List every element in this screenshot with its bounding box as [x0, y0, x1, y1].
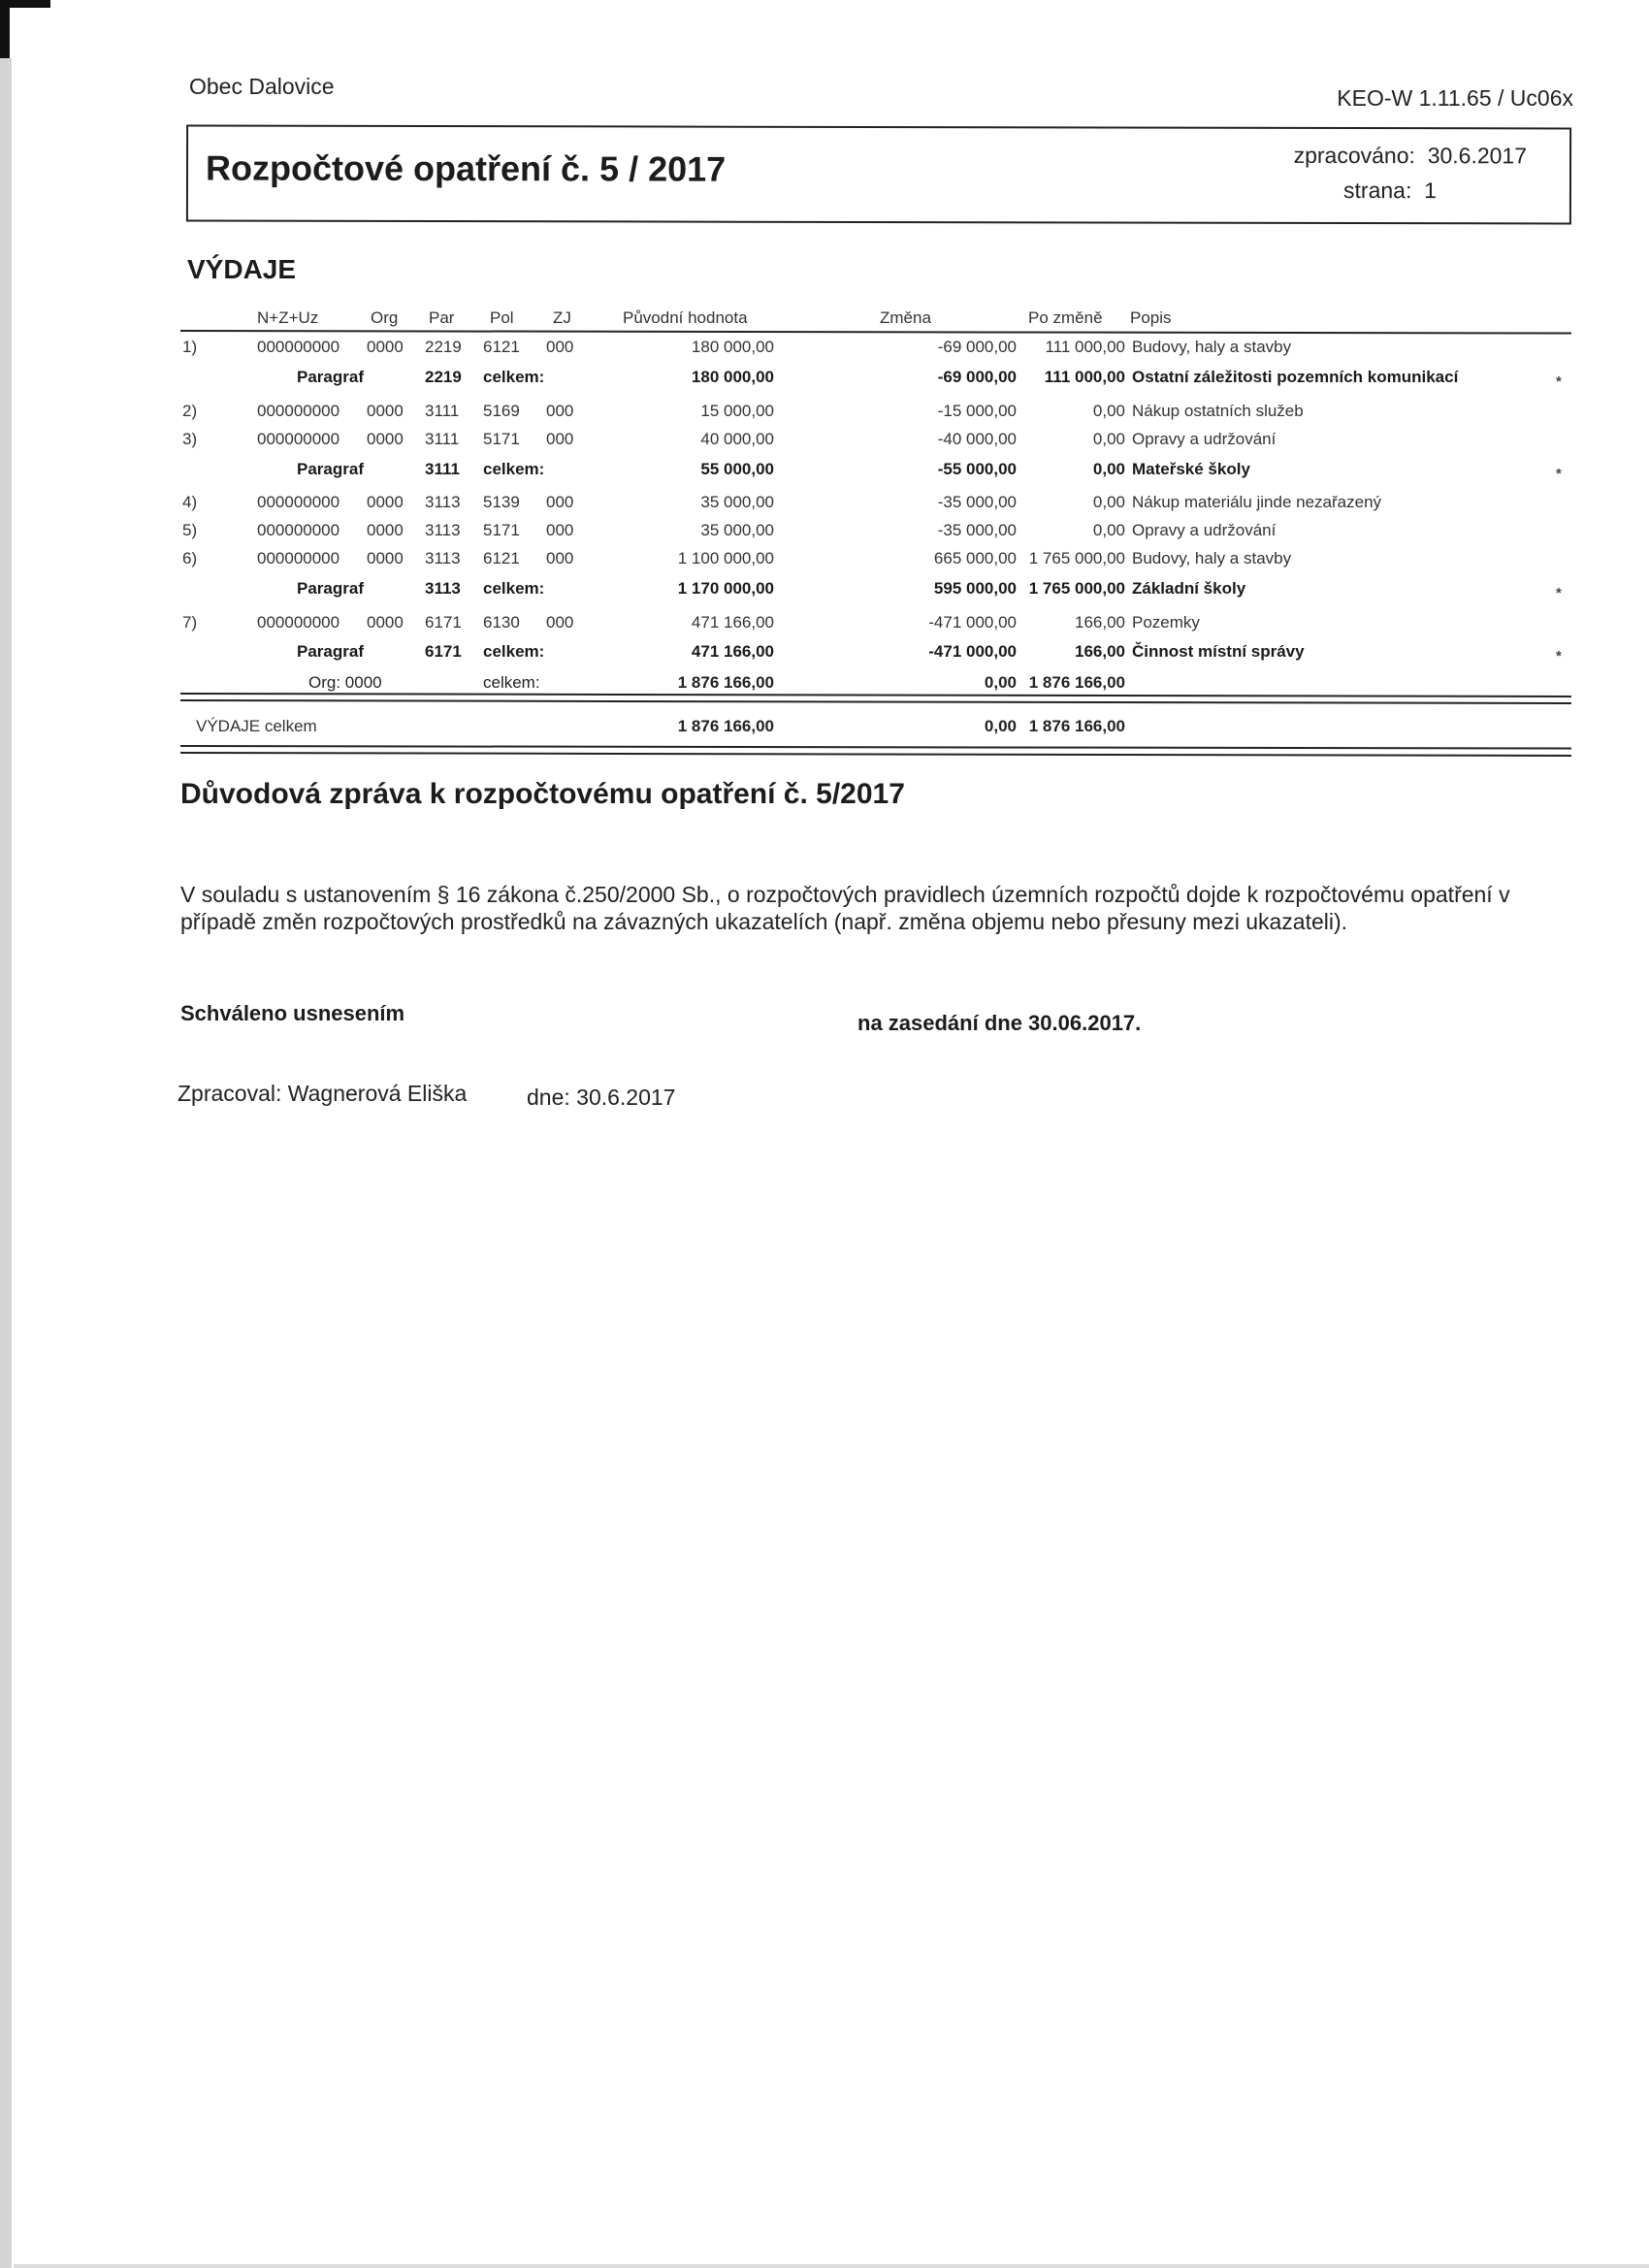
org-value: 0000: [367, 402, 404, 421]
nzuz-value: 000000000: [257, 402, 339, 421]
after-value: 0,00: [1018, 493, 1125, 512]
nzuz-value: 000000000: [257, 613, 339, 632]
subtotal-label: Paragraf: [272, 368, 364, 387]
org-value: 0000: [367, 521, 404, 540]
row-number: 7): [182, 613, 197, 632]
subtotal-celkem: celkem:: [483, 579, 544, 599]
org-total-celkem: celkem:: [483, 673, 540, 693]
table-row: 3)00000000000003111517100040 000,00-40 0…: [175, 430, 1571, 453]
scan-edge-strip: [0, 58, 12, 2268]
scan-edge-mark: [0, 0, 10, 58]
original-value: 15 000,00: [630, 402, 774, 421]
after-value: 0,00: [1018, 430, 1125, 449]
subtotal-celkem: celkem:: [483, 460, 544, 479]
after-value: 0,00: [1018, 460, 1125, 479]
nzuz-value: 000000000: [257, 521, 339, 540]
subtotal-celkem: celkem:: [483, 642, 544, 662]
after-value: 0,00: [1018, 521, 1125, 540]
after-value: 111 000,00: [1018, 338, 1125, 357]
row-number: 3): [182, 430, 197, 449]
pol-value: 6121: [483, 338, 520, 357]
row-number: 4): [182, 493, 197, 512]
row-number: 2): [182, 402, 197, 421]
change-value: 665 000,00: [873, 549, 1017, 568]
description: Nákup materiálu jinde nezařazený: [1132, 493, 1381, 512]
after-value: 1 876 166,00: [1018, 673, 1125, 693]
processed-by: Zpracoval: Wagnerová Eliška: [178, 1081, 467, 1107]
original-value: 1 876 166,00: [630, 717, 774, 736]
column-header-par: Par: [429, 308, 454, 328]
column-header-nzuz: N+Z+Uz: [257, 308, 318, 328]
subtotal-par: 2219: [425, 368, 462, 387]
original-value: 40 000,00: [630, 430, 774, 449]
original-value: 471 166,00: [630, 642, 774, 662]
original-value: 35 000,00: [630, 521, 774, 540]
par-value: 3113: [425, 549, 461, 568]
subtotal-row: Paragraf3113celkem:1 170 000,00595 000,0…: [175, 579, 1571, 602]
document-header-box: Rozpočtové opatření č. 5 / 2017 zpracová…: [186, 125, 1571, 225]
change-value: -15 000,00: [873, 402, 1017, 421]
change-value: -471 000,00: [873, 642, 1017, 662]
zj-value: 000: [546, 521, 573, 540]
subtotal-par: 3113: [425, 579, 461, 599]
original-value: 1 100 000,00: [630, 549, 774, 568]
change-value: 0,00: [873, 717, 1017, 736]
section-title: VÝDAJE: [187, 254, 296, 285]
pol-value: 5171: [483, 521, 520, 540]
description: Budovy, haly a stavby: [1132, 549, 1291, 568]
org-value: 0000: [367, 430, 404, 449]
table-row: 6)0000000000000311361210001 100 000,0066…: [175, 549, 1571, 572]
par-value: 3111: [425, 430, 459, 449]
change-value: -69 000,00: [873, 338, 1017, 357]
subtotal-par: 3111: [425, 460, 460, 479]
zj-value: 000: [546, 613, 573, 632]
approval-label: Schváleno usnesením: [180, 1001, 404, 1026]
description: Činnost místní správy: [1132, 642, 1305, 662]
total-rule: [180, 745, 1571, 750]
zj-value: 000: [546, 493, 573, 512]
pol-value: 6121: [483, 549, 520, 568]
original-value: 1 170 000,00: [630, 579, 774, 599]
par-value: 3111: [425, 402, 459, 421]
org-value: 0000: [367, 338, 404, 357]
binding-indicator-star: *: [1556, 466, 1562, 482]
after-value: 166,00: [1018, 613, 1125, 632]
subtotal-celkem: celkem:: [483, 368, 544, 387]
reason-title: Důvodová zpráva k rozpočtovému opatření …: [180, 778, 905, 811]
subtotal-label: Paragraf: [272, 642, 364, 662]
nzuz-value: 000000000: [257, 493, 339, 512]
change-value: 0,00: [873, 673, 1017, 693]
footer-date: dne: 30.6.2017: [527, 1085, 675, 1111]
change-value: -40 000,00: [873, 430, 1017, 449]
description: Nákup ostatních služeb: [1132, 402, 1304, 421]
organization-name: Obec Dalovice: [189, 74, 335, 100]
after-value: 166,00: [1018, 642, 1125, 662]
reason-text: V souladu s ustanovením § 16 zákona č.25…: [180, 881, 1538, 935]
page-number: strana: 1: [1343, 178, 1437, 204]
subtotal-row: Paragraf2219celkem:180 000,00-69 000,001…: [175, 368, 1571, 391]
zj-value: 000: [546, 430, 573, 449]
par-value: 6171: [425, 613, 462, 632]
binding-indicator-star: *: [1556, 373, 1562, 390]
software-version: KEO-W 1.11.65 / Uc06x: [1337, 85, 1573, 112]
description: Budovy, haly a stavby: [1132, 338, 1291, 357]
after-value: 1 876 166,00: [1018, 717, 1125, 736]
column-header-zj: ZJ: [553, 308, 571, 328]
par-value: 2219: [425, 338, 462, 357]
par-value: 3113: [425, 493, 461, 512]
description: Základní školy: [1132, 579, 1245, 599]
subtotal-label: Paragraf: [272, 460, 364, 479]
change-value: -55 000,00: [873, 460, 1017, 479]
nzuz-value: 000000000: [257, 338, 339, 357]
org-value: 0000: [367, 613, 404, 632]
document-title: Rozpočtové opatření č. 5 / 2017: [206, 148, 726, 190]
approval-meeting: na zasedání dne 30.06.2017.: [857, 1011, 1141, 1036]
table-row: 7)000000000000061716130000471 166,00-471…: [175, 613, 1571, 636]
column-header-description: Popis: [1130, 308, 1172, 328]
processed-label: zpracováno:: [1294, 143, 1415, 168]
nzuz-value: 000000000: [257, 549, 339, 568]
table-row: 1)000000000000022196121000180 000,00-69 …: [175, 338, 1571, 361]
change-value: -471 000,00: [873, 613, 1017, 632]
org-value: 0000: [367, 549, 404, 568]
subtotal-par: 6171: [425, 642, 462, 662]
description: Pozemky: [1132, 613, 1200, 632]
after-value: 1 765 000,00: [1018, 549, 1125, 568]
row-number: 5): [182, 521, 197, 540]
total-rule: [180, 752, 1571, 757]
original-value: 35 000,00: [630, 493, 774, 512]
after-value: 111 000,00: [1018, 368, 1125, 387]
pol-value: 6130: [483, 613, 520, 632]
budget-table: N+Z+Uz Org Par Pol ZJ Původní hodnota Zm…: [175, 308, 1571, 764]
binding-indicator-star: *: [1556, 648, 1562, 664]
binding-indicator-star: *: [1556, 585, 1562, 601]
scan-edge-strip: [14, 2264, 1649, 2268]
column-header-after: Po změně: [1028, 308, 1103, 328]
header-rule: [180, 330, 1571, 335]
description: Opravy a udržování: [1132, 430, 1276, 449]
original-value: 471 166,00: [630, 613, 774, 632]
description: Mateřské školy: [1132, 460, 1250, 479]
par-value: 3113: [425, 521, 461, 540]
subtotal-row: Paragraf3111celkem:55 000,00-55 000,000,…: [175, 460, 1571, 483]
processed-value: 30.6.2017: [1428, 143, 1527, 168]
pol-value: 5169: [483, 402, 520, 421]
change-value: 595 000,00: [873, 579, 1017, 599]
grand-total-label: VÝDAJE celkem: [196, 717, 317, 736]
nzuz-value: 000000000: [257, 430, 339, 449]
subtotal-label: Paragraf: [272, 579, 364, 599]
description: Ostatní záležitosti pozemních komunikací: [1132, 368, 1458, 387]
table-row: 5)00000000000003113517100035 000,00-35 0…: [175, 521, 1571, 544]
column-header-change: Změna: [880, 308, 931, 328]
original-value: 1 876 166,00: [630, 673, 774, 693]
original-value: 55 000,00: [630, 460, 774, 479]
total-rule: [180, 699, 1571, 704]
description: Opravy a udržování: [1132, 521, 1276, 540]
org-total-label: Org: 0000: [308, 673, 382, 693]
row-number: 1): [182, 338, 197, 357]
table-row: 2)00000000000003111516900015 000,00-15 0…: [175, 402, 1571, 425]
column-header-pol: Pol: [490, 308, 514, 328]
pol-value: 5171: [483, 430, 520, 449]
original-value: 180 000,00: [630, 368, 774, 387]
after-value: 0,00: [1018, 402, 1125, 421]
zj-value: 000: [546, 549, 573, 568]
grand-total-row: VÝDAJE celkem1 876 166,000,001 876 166,0…: [175, 717, 1571, 740]
row-number: 6): [182, 549, 197, 568]
change-value: -35 000,00: [873, 521, 1017, 540]
processed-date: zpracováno: 30.6.2017: [1294, 143, 1527, 170]
page-value: 1: [1424, 178, 1437, 203]
change-value: -69 000,00: [873, 368, 1017, 387]
after-value: 1 765 000,00: [1018, 579, 1125, 599]
column-header-original: Původní hodnota: [623, 308, 748, 328]
zj-value: 000: [546, 402, 573, 421]
subtotal-row: Paragraf6171celkem:471 166,00-471 000,00…: [175, 642, 1571, 665]
original-value: 180 000,00: [630, 338, 774, 357]
page-label: strana:: [1343, 178, 1411, 203]
org-value: 0000: [367, 493, 404, 512]
column-header-org: Org: [371, 308, 398, 328]
pol-value: 5139: [483, 493, 520, 512]
table-row: 4)00000000000003113513900035 000,00-35 0…: [175, 493, 1571, 516]
change-value: -35 000,00: [873, 493, 1017, 512]
zj-value: 000: [546, 338, 573, 357]
